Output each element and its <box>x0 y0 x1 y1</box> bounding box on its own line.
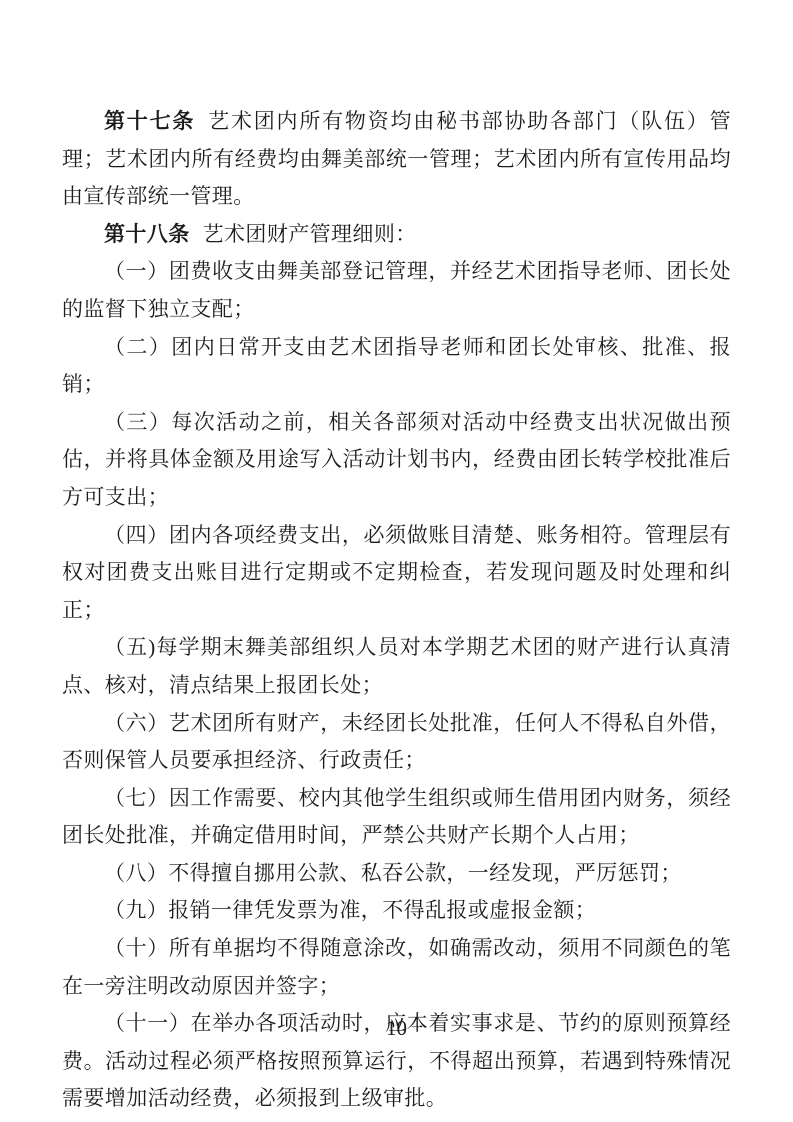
article-18-text: 艺术团财产管理细则： <box>203 222 417 246</box>
list-item-9: （九）报销一律凭发票为准，不得乱报或虚报金额； <box>62 892 731 930</box>
list-item-6: （六）艺术团所有财产，未经团长处批准，任何人不得私自外借，否则保管人员要承担经济… <box>62 705 731 780</box>
list-item-10: （十）所有单据均不得随意涂改，如确需改动，须用不同颜色的笔在一旁注明改动原因并签… <box>62 930 731 1005</box>
article-17-paragraph: 第十七条艺术团内所有物资均由秘书部协助各部门（队伍）管理；艺术团内所有经费均由舞… <box>62 103 731 216</box>
list-item-3: （三）每次活动之前，相关各部须对活动中经费支出状况做出预估，并将具体金额及用途写… <box>62 404 731 517</box>
article-17-heading: 第十七条 <box>104 109 195 133</box>
article-18-heading: 第十八条 <box>104 222 190 246</box>
document-page: 第十七条艺术团内所有物资均由秘书部协助各部门（队伍）管理；艺术团内所有经费均由舞… <box>0 0 793 1122</box>
document-body: 第十七条艺术团内所有物资均由秘书部协助各部门（队伍）管理；艺术团内所有经费均由舞… <box>62 103 731 1118</box>
list-item-1: （一）团费收支由舞美部登记管理，并经艺术团指导老师、团长处的监督下独立支配； <box>62 253 731 328</box>
list-item-5: （五)每学期末舞美部组织人员对本学期艺术团的财产进行认真清点、核对，清点结果上报… <box>62 629 731 704</box>
list-item-2: （二）团内日常开支由艺术团指导老师和团长处审核、批准、报销； <box>62 329 731 404</box>
page-number: 10 <box>0 1014 793 1042</box>
article-18-paragraph: 第十八条艺术团财产管理细则： <box>62 216 731 254</box>
list-item-7: （七）因工作需要、校内其他学生组织或师生借用团内财务，须经团长处批准，并确定借用… <box>62 780 731 855</box>
list-item-8: （八）不得擅自挪用公款、私吞公款，一经发现，严厉惩罚； <box>62 855 731 893</box>
list-item-4: （四）团内各项经费支出，必须做账目清楚、账务相符。管理层有权对团费支出账目进行定… <box>62 517 731 630</box>
